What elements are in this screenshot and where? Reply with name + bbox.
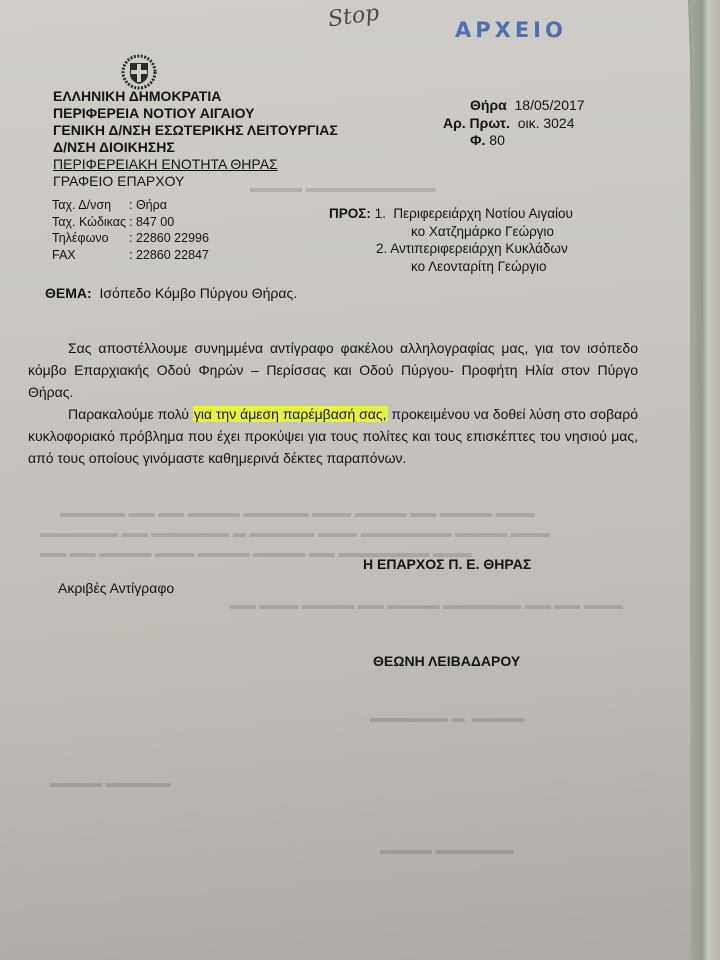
bleed-through-text: ▬▬ ▬▬▬ ▬▬▬▬ ▬▬ ▬▬▬▬ ▬▬▬▬▬▬ ▬▬ ▬▬ ▬▬▬ bbox=[230, 597, 623, 612]
subject-line: ΘΕΜΑ: Ισόπεδο Κόμβο Πύργου Θήρας. bbox=[45, 285, 297, 301]
paragraph-text: Παρακαλούμε πολύ bbox=[68, 406, 193, 422]
recipient-2-title: 2. Αντιπεριφερειάρχη Κυκλάδων bbox=[329, 240, 573, 258]
recipient-number: 2. bbox=[376, 241, 387, 256]
recipient-title: Αντιπεριφερειάρχη Κυκλάδων bbox=[390, 241, 567, 256]
letterhead-line: ΠΕΡΙΦΕΡΕΙΑΚΗ ΕΝΟΤΗΤΑ ΘΗΡΑΣ bbox=[53, 156, 338, 173]
signatory-title: Η ΕΠΑΡΧΟΣ Π. Ε. ΘΗΡΑΣ bbox=[363, 556, 531, 572]
letterhead-line: ΕΛΛΗΝΙΚΗ ΔΗΜΟΚΡΑΤΙΑ bbox=[53, 88, 338, 105]
file-row: Φ. 80 bbox=[443, 132, 585, 150]
letterhead-line: ΠΕΡΙΦΕΡΕΙΑ ΝΟΤΙΟΥ ΑΙΓΑΙΟΥ bbox=[53, 105, 338, 122]
protocol-label: Αρ. Πρωτ. bbox=[443, 115, 510, 131]
protocol-row: Αρ. Πρωτ. οικ. 3024 bbox=[443, 115, 585, 133]
contact-value: : 22860 22847 bbox=[127, 247, 209, 264]
contact-address: Ταχ. Δ/νση: Θήρα bbox=[52, 197, 209, 214]
reference-block: Θήρα 18/05/2017 Αρ. Πρωτ. οικ. 3024 Φ. 8… bbox=[443, 97, 585, 150]
recipient-1-title: ΠΡΟΣ: 1. Περιφερειάρχη Νοτίου Αιγαίου bbox=[329, 205, 573, 223]
greek-coat-of-arms-icon bbox=[121, 54, 157, 90]
body-paragraph-2: Παρακαλούμε πολύ για την άμεση παρέμβασή… bbox=[28, 403, 638, 469]
archive-stamp: ΑΡΧΕΙΟ bbox=[455, 18, 567, 42]
contact-fax: FAX: 22860 22847 bbox=[52, 247, 209, 264]
contact-label: Ταχ. Δ/νση bbox=[52, 197, 127, 214]
signatory-name: ΘΕΩΝΗ ΛΕΙΒΑΔΑΡΟΥ bbox=[373, 653, 520, 669]
letterhead-line: Δ/ΝΣΗ ΔΙΟΙΚΗΣΗΣ bbox=[53, 139, 338, 156]
bleed-through-text: ▬▬▬▬▬ ▬▬ ▬▬ ▬▬▬▬ ▬▬▬▬▬ ▬▬▬ ▬▬▬▬ ▬▬ ▬▬▬▬ … bbox=[60, 505, 535, 520]
bleed-through-text: ▬▬▬▬ ▬▬▬▬▬▬ bbox=[380, 842, 514, 857]
recipient-number: 1. bbox=[375, 206, 386, 221]
contact-postcode: Ταχ. Κώδικας: 847 00 bbox=[52, 214, 209, 231]
contact-value: : 847 00 bbox=[127, 214, 174, 231]
protocol-value: οικ. 3024 bbox=[518, 115, 575, 131]
contact-label: Τηλέφωνο bbox=[52, 230, 127, 247]
place-label: Θήρα bbox=[470, 97, 507, 113]
file-value: 80 bbox=[489, 132, 505, 148]
recipients-label: ΠΡΟΣ: bbox=[329, 206, 371, 221]
bleed-through-text: ▬▬▬▬▬▬ ▬. ▬▬▬▬ bbox=[370, 710, 524, 725]
contact-label: Ταχ. Κώδικας bbox=[52, 214, 127, 231]
body-paragraph-1: Σας αποστέλλουμε συνημμένα αντίγραφο φακ… bbox=[28, 337, 638, 403]
date-row: Θήρα 18/05/2017 bbox=[443, 97, 585, 115]
contact-value: : 22860 22996 bbox=[127, 230, 209, 247]
paragraph-text: Σας αποστέλλουμε συνημμένα αντίγραφο φακ… bbox=[28, 340, 638, 400]
contact-block: Ταχ. Δ/νση: Θήρα Ταχ. Κώδικας: 847 00 Τη… bbox=[52, 197, 209, 263]
letter-body: Σας αποστέλλουμε συνημμένα αντίγραφο φακ… bbox=[28, 337, 638, 469]
recipient-1-name: κο Χατζημάρκο Γεώργιο bbox=[329, 223, 573, 241]
bleed-through-text: ▬▬▬▬▬▬ ▬▬ ▬▬▬▬▬▬ ▬ ▬▬▬▬▬ ▬▬▬ ▬▬▬▬▬▬▬ ▬▬▬… bbox=[40, 525, 550, 540]
letterhead-line: ΓΕΝΙΚΗ Δ/ΝΣΗ ΕΣΩΤΕΡΙΚΗΣ ΛΕΙΤΟΥΡΓΙΑΣ bbox=[53, 122, 338, 139]
contact-value: : Θήρα bbox=[127, 197, 167, 214]
date-value: 18/05/2017 bbox=[515, 97, 585, 113]
file-label: Φ. bbox=[470, 132, 485, 148]
bleed-through-text: ▬▬▬▬ ▬▬▬▬▬ bbox=[50, 775, 171, 790]
contact-label: FAX bbox=[52, 247, 127, 264]
true-copy-label: Ακριβές Αντίγραφο bbox=[58, 580, 174, 596]
contact-phone: Τηλέφωνο: 22860 22996 bbox=[52, 230, 209, 247]
recipient-2-name: κο Λεονταρίτη Γεώργιο bbox=[329, 258, 573, 276]
letterhead: ΕΛΛΗΝΙΚΗ ΔΗΜΟΚΡΑΤΙΑ ΠΕΡΙΦΕΡΕΙΑ ΝΟΤΙΟΥ ΑΙ… bbox=[53, 88, 338, 190]
letterhead-line: ΓΡΑΦΕΙΟ ΕΠΑΡΧΟΥ bbox=[53, 173, 338, 190]
recipient-title: Περιφερειάρχη Νοτίου Αιγαίου bbox=[393, 206, 573, 221]
highlighted-text: για την άμεση παρέμβασή σας, bbox=[193, 406, 388, 422]
subject-text: Ισόπεδο Κόμβο Πύργου Θήρας. bbox=[99, 285, 297, 301]
subject-label: ΘΕΜΑ: bbox=[45, 285, 92, 301]
recipients-block: ΠΡΟΣ: 1. Περιφερειάρχη Νοτίου Αιγαίου κο… bbox=[329, 205, 573, 275]
